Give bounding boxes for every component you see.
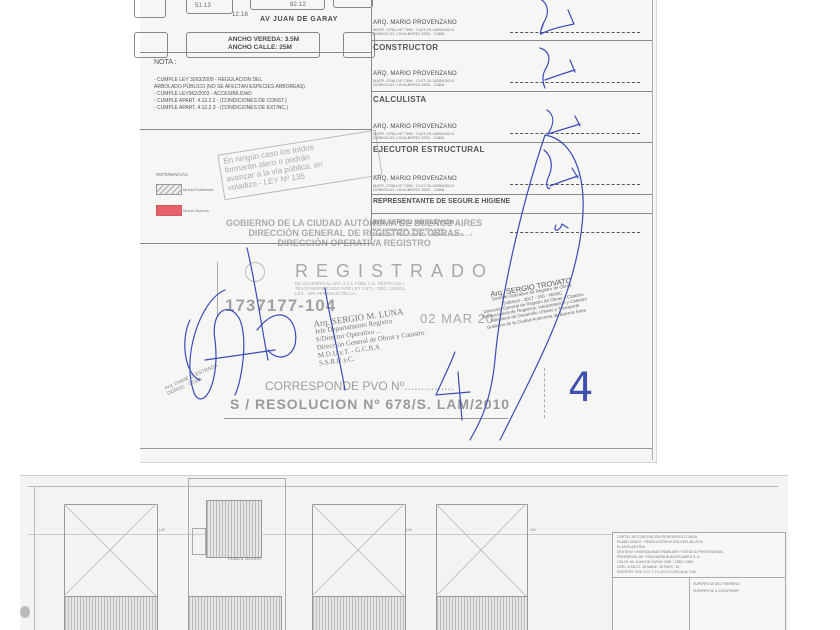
- correspond-stamp: CORRESPONDE PVO Nº...............: [265, 379, 454, 393]
- professional-name: ARQ. MARIO PROVENZANO: [373, 124, 457, 130]
- title-block: CARTEL DE CONTENCION PERIODISTA 17 BAJA …: [612, 532, 786, 630]
- role-title: CALCULISTA: [373, 95, 427, 104]
- divider: [372, 142, 652, 143]
- professional-detail: DOMICILIO: J B ALBERDI 1553 - CABA: [373, 187, 444, 192]
- title-block-line: SUPERFICIE A CONSTRUIR: [693, 588, 740, 595]
- legend-swatch-new: [156, 205, 182, 216]
- punch-hole: [20, 606, 30, 618]
- stamp-line: DIRECCIÓN GENERAL DE REGISTRO DE OBRAS: [226, 228, 482, 238]
- plan-border: [28, 486, 778, 487]
- professional-detail: DOMICILIO: J B ALBERDI 1553 - CABA: [373, 82, 444, 87]
- legend-label: Muros Nuevos: [183, 208, 209, 213]
- surface-table: SUPERFICIE DEL TERRENO SUPERFICIE A CONS…: [693, 581, 740, 595]
- note-item: - CUMPLE APART. 4.12.2.2 - (CONDICIONES …: [154, 98, 305, 105]
- professional-name: ARQ. MARIO PROVENZANO: [373, 20, 457, 26]
- legend-title: REFERENCIAS: [156, 172, 188, 177]
- professional-name: ARQ. MARIO PROVENZANO: [373, 176, 457, 182]
- professional-detail: DOMICILIO: J B ALBERDI 1553 - CABA: [373, 135, 444, 140]
- dimension-label: 12.18: [232, 12, 248, 18]
- document-page-2: LM PLANTA TECHOS LM LM LM CARTEL DE CONT…: [20, 475, 788, 630]
- legend-label: Muros Existentes: [183, 187, 214, 192]
- divider: [372, 40, 652, 41]
- roof-hatch: [206, 500, 262, 558]
- plan-unit-hatched: [64, 596, 158, 630]
- signature-line: [510, 32, 640, 33]
- plan-border: [34, 486, 35, 630]
- notes-title: NOTA :: [154, 59, 176, 66]
- sidewalk-width: ANCHO VEREDA: 3.5M: [228, 36, 299, 43]
- title-block-text: CARTEL DE CONTENCION PERIODISTA 17 BAJA …: [617, 535, 723, 575]
- divider: [140, 52, 372, 53]
- note-item: - CUMPLE LEY 3263/2009 - REGULACION DEL: [154, 77, 305, 84]
- site-plan-block: [333, 0, 373, 8]
- void-cross-icon: [312, 504, 404, 596]
- notes-list: - CUMPLE LEY 3263/2009 - REGULACION DEL …: [154, 77, 305, 112]
- signature-line: [510, 82, 640, 83]
- divider: [372, 213, 652, 214]
- note-item: ARBOLADO PÚBLICO (NO SE AFECTAN ESPECIES…: [154, 84, 305, 91]
- resolution-stamp: S / RESOLUCION Nº 678/S. LAM/2010: [230, 396, 510, 412]
- title-block-line: SUPERFICIE DEL TERRENO: [693, 581, 740, 588]
- plan-unit-hatched: [312, 596, 406, 630]
- official-stamp-trovato: Arq. SERGIO TROVATO Gerente Operativo de…: [478, 276, 589, 331]
- professional-name: ARQ. MARIO PROVENZANO: [373, 71, 457, 77]
- stair-icon: [192, 528, 206, 555]
- note-item: - CUMPLE LEY962/2003 - ACCESIBILIDAD: [154, 91, 305, 98]
- divider: [372, 91, 652, 92]
- divider: [371, 0, 372, 240]
- divider: [140, 243, 372, 244]
- document-page-1: 51.13 82.12 12.18 AV JUAN DE GARAY ANCHO…: [140, 0, 657, 463]
- role-title: EJECUTOR ESTRUCTURAL: [373, 145, 485, 154]
- official-stamp-estrada: Arq. DIANE C. ESTRADA DGROC · GCBA: [164, 363, 221, 397]
- plan-unit-hatched: [436, 596, 528, 630]
- divider: [372, 194, 652, 195]
- void-cross-icon: [436, 504, 526, 596]
- plan-label: LM: [530, 527, 536, 532]
- divider: [689, 577, 690, 630]
- page-border: [652, 0, 653, 460]
- dimension-label: 82.12: [290, 2, 306, 8]
- professional-detail: DOMICILIO: J B ALBERDI 1553 - CABA: [373, 31, 444, 36]
- plan-label: PLANTA TECHOS: [228, 556, 261, 561]
- divider: [140, 129, 372, 130]
- signature-line: [510, 133, 640, 134]
- street-width: ANCHO CALLE: 25M: [228, 44, 292, 51]
- note-item: - CUMPLE APART. 4.12.2.3 - (CONDICIONES …: [154, 105, 305, 112]
- dimension-label: 51.13: [195, 3, 211, 9]
- stamp-underline: [224, 418, 508, 419]
- void-cross-icon: [64, 504, 156, 596]
- plan-label: LM: [159, 527, 165, 532]
- divider: [613, 577, 785, 578]
- registered-stamp: REGISTRADO: [295, 261, 494, 282]
- plan-unit-hatched: [188, 596, 282, 630]
- signature-line: [510, 184, 640, 185]
- handwritten-page-number: 4: [568, 365, 593, 411]
- file-number-stamp: 1737177-104: [225, 296, 336, 316]
- role-title: CONSTRUCTOR: [373, 43, 438, 52]
- site-plan-block: [250, 0, 325, 10]
- warning-stamp: En ningún caso los toldos formarán alero…: [217, 130, 382, 200]
- role-title: REPRESENTANTE DE SEGUR.E HIGIENE: [373, 198, 510, 205]
- stamp-line: GOBIERNO DE LA CIUDAD AUTÓNOMA DE BUENOS…: [226, 218, 482, 228]
- signature-line: [510, 232, 640, 233]
- registered-subtext: DE ACUERDO AL ART. 2.1.1.7 DEL C.E. TEXT…: [295, 281, 405, 296]
- site-plan-block: [134, 0, 166, 18]
- legend-swatch-existing: [156, 184, 182, 195]
- site-plan-block: [134, 32, 168, 58]
- government-seal-icon: [245, 262, 265, 282]
- stamp-border: [217, 262, 218, 317]
- plan-label: LM: [406, 527, 412, 532]
- street-name: AV JUAN DE GARAY: [260, 16, 338, 23]
- title-block-line: DISTRITO: R2b I F.O.T. 2.1 (F.O.S.) ESCA…: [617, 570, 723, 575]
- page-border: [140, 448, 652, 449]
